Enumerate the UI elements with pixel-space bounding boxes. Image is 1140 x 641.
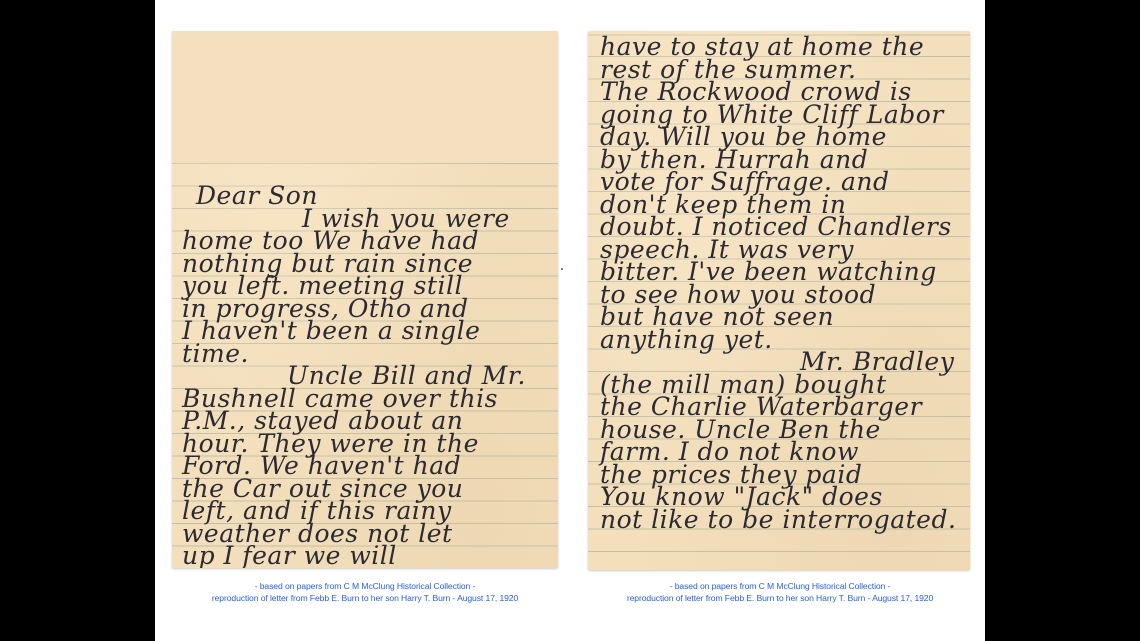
- caption-page-2: - based on papers from C M McClung Histo…: [575, 580, 985, 604]
- letter-page-2-text: have to stay at home the rest of the sum…: [588, 36, 970, 531]
- dust-speck: [561, 268, 563, 270]
- caption-source: - based on papers from C M McClung Histo…: [575, 580, 985, 592]
- letter-line: up I fear we will: [182, 545, 558, 568]
- caption-description: reproduction of letter from Febb E. Burn…: [172, 592, 558, 604]
- letter-page-1-text: Dear Son I wish you were home too We hav…: [172, 185, 558, 568]
- letter-page-1: Dear Son I wish you were home too We hav…: [172, 31, 558, 568]
- caption-description: reproduction of letter from Febb E. Burn…: [575, 592, 985, 604]
- letter-page-2: have to stay at home the rest of the sum…: [588, 31, 970, 570]
- letter-page-1-blank-header: [172, 31, 558, 163]
- caption-page-1: - based on papers from C M McClung Histo…: [172, 580, 558, 604]
- caption-source: - based on papers from C M McClung Histo…: [172, 580, 558, 592]
- letter-line: not like to be interrogated.: [600, 509, 970, 532]
